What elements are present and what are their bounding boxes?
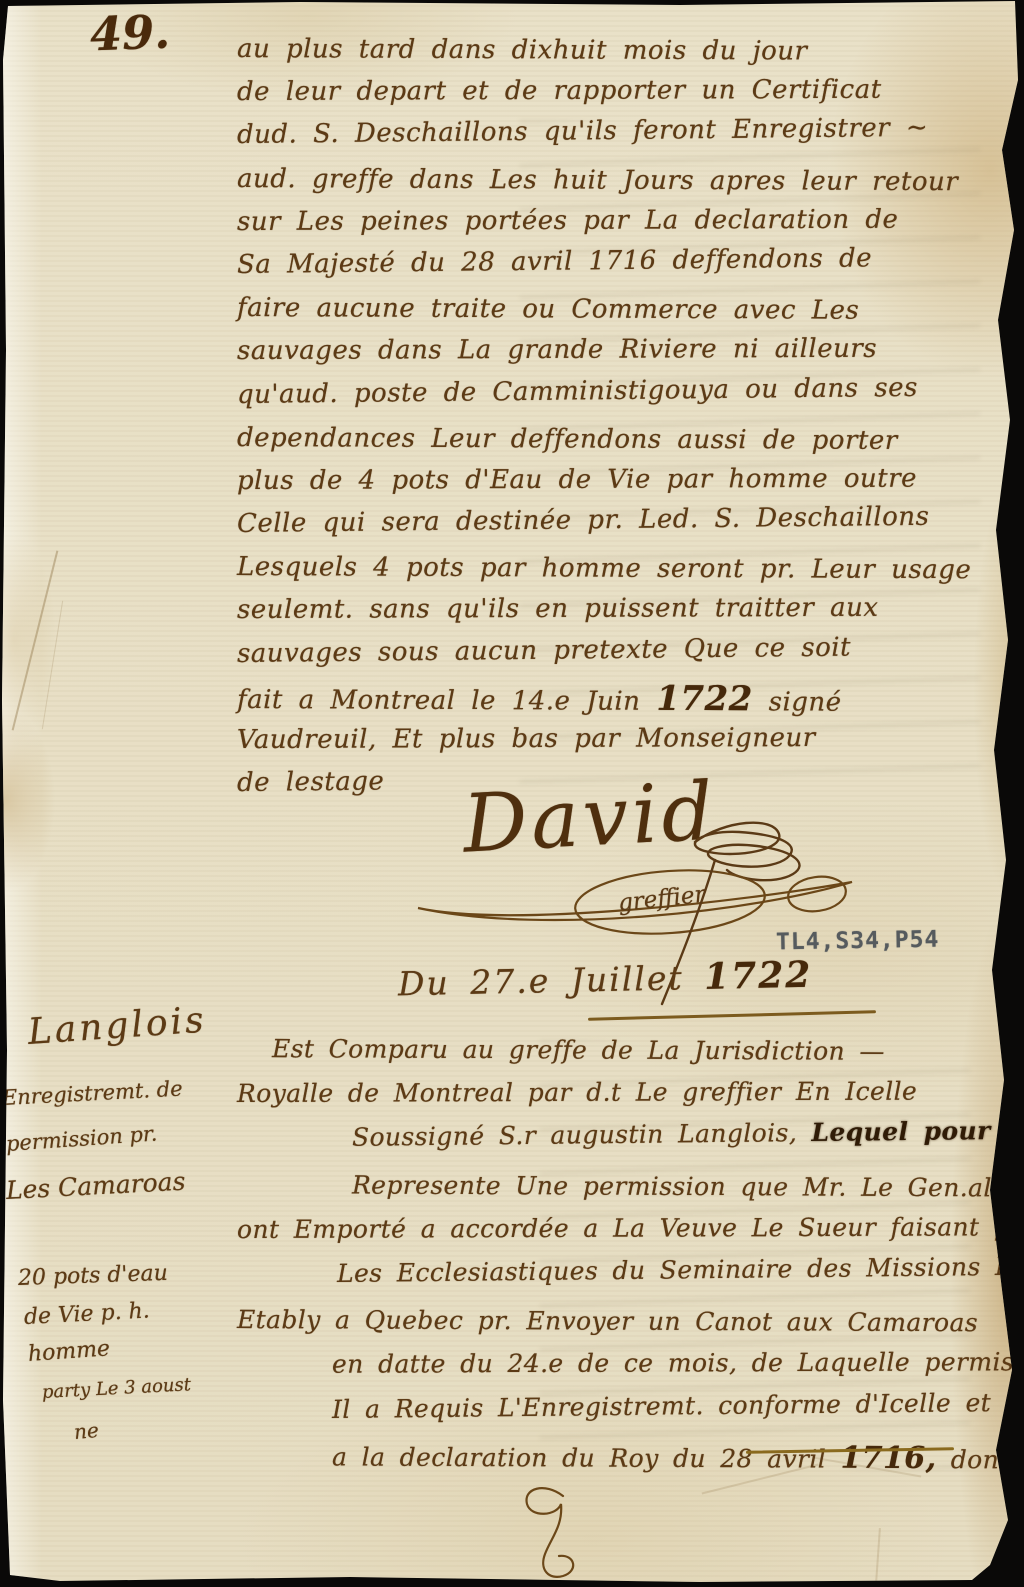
manuscript-line: Etably a Quebec pr. Envoyer un Canot aux… xyxy=(237,1297,997,1346)
manuscript-line: Soussigné S.r augustin Langlois, Lequel … xyxy=(237,1108,997,1161)
margin-note: Enregistremt. de xyxy=(1,1077,183,1110)
margin-note: party Le 3 aoust xyxy=(41,1374,191,1403)
margin-note: Les Camaroas xyxy=(5,1167,186,1205)
entry-july-1722: Est Comparu au greffe de La Jurisdiction… xyxy=(237,1026,997,1478)
last-line-year: 1716, xyxy=(840,1440,936,1475)
date-line-year: 1722 xyxy=(656,679,753,719)
last-line-suffix: dont xyxy=(936,1445,1009,1474)
entry-july-heading: Du 27.e Juillet 1722 xyxy=(398,954,813,1005)
manuscript-line: Est Comparu au greffe de La Jurisdiction… xyxy=(237,1026,997,1075)
margin-note: 20 pots d'eau xyxy=(18,1261,169,1291)
blot-line-correction: Lequel pour les xyxy=(811,1116,1024,1147)
manuscript-line: Celle qui sera destinée pr. Led. S. Desc… xyxy=(237,495,979,546)
margin-note: homme xyxy=(27,1336,111,1367)
entry-june-1722: au plus tard dans dixhuit mois du jour d… xyxy=(237,28,979,805)
manuscript-line: sauvages sous aucun pretexte Que ce soit xyxy=(237,625,979,676)
document-page: 49. au plus tard dans dixhuit mois du jo… xyxy=(0,0,1024,1587)
date-line-prefix: fait a Montreal le 14.e Juin xyxy=(237,685,656,717)
manuscript-line: Represente Une permission que Mr. Le Gen… xyxy=(237,1162,997,1211)
heading-prefix: Du 27.e Juillet xyxy=(398,958,705,1003)
paper-crease xyxy=(875,1528,881,1583)
manuscript-line: aud. greffe dans Les huit Jours apres le… xyxy=(237,158,979,204)
manuscript-scan: 49. au plus tard dans dixhuit mois du jo… xyxy=(0,0,1024,1587)
last-line-prefix: a la declaration du Roy du 28 avril xyxy=(332,1442,841,1473)
blot-line-prefix: Soussigné S.r augustin Langlois, xyxy=(352,1118,812,1152)
manuscript-line: Lesquels 4 pots par homme seront pr. Leu… xyxy=(237,546,979,592)
manuscript-line: faire aucune traite ou Commerce avec Les xyxy=(237,287,979,333)
paper-crease xyxy=(12,551,59,731)
manuscript-line: Il a Requis L'Enregistremt. conforme d'I… xyxy=(237,1380,997,1433)
paper-crease xyxy=(42,601,63,730)
manuscript-line: a la declaration du Roy du 28 avril 1716… xyxy=(237,1433,997,1482)
manuscript-line: Les Ecclesiastiques du Seminaire des Mis… xyxy=(237,1244,997,1297)
margin-note: ne xyxy=(73,1418,100,1444)
margin-note: de Vie p. h. xyxy=(23,1298,150,1330)
manuscript-line: Sa Majesté du 28 avril 1716 deffendons d… xyxy=(237,236,979,287)
manuscript-line: au plus tard dans dixhuit mois du jour xyxy=(237,28,979,74)
manuscript-date-line: fait a Montreal le 14.e Juin 1722 signé xyxy=(237,676,979,722)
margin-note: permission pr. xyxy=(5,1121,158,1156)
folio-number: 49. xyxy=(89,5,171,62)
date-line-suffix: signé xyxy=(753,687,842,717)
manuscript-line: qu'aud. poste de Camministigouya ou dans… xyxy=(237,366,979,417)
manuscript-line: dud. S. Deschaillons qu'ils feront Enreg… xyxy=(237,107,979,158)
archival-reference-stamp: TL4,S34,P54 xyxy=(776,927,940,956)
heading-year: 1722 xyxy=(704,954,813,998)
bottom-flourish xyxy=(505,1478,595,1583)
manuscript-line: dependances Leur deffendons aussi de por… xyxy=(237,417,979,463)
margin-party-name: Langlois xyxy=(27,1000,208,1053)
